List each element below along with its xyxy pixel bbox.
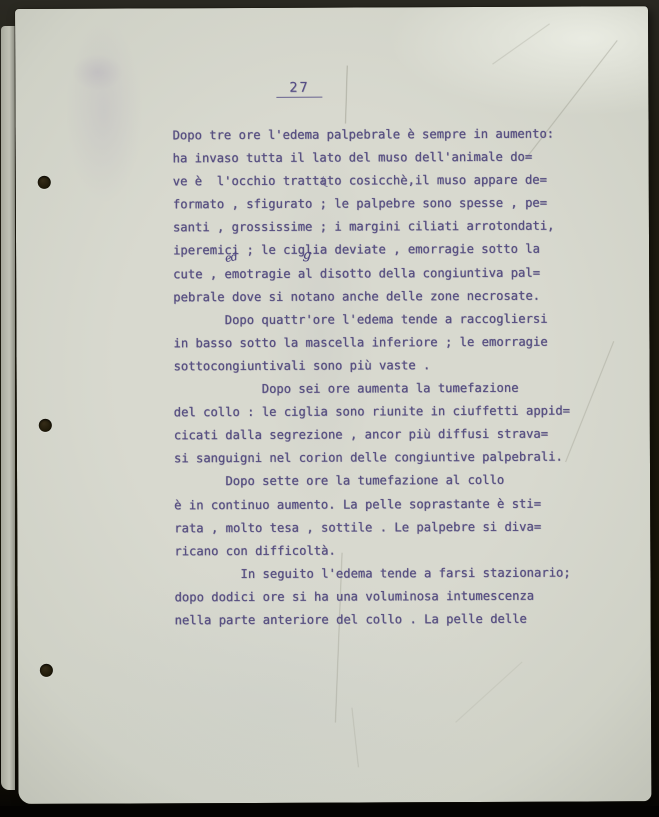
paper-crease xyxy=(492,23,550,65)
typed-line: rata , molto tesa , sottile . Le palpebr… xyxy=(174,515,570,540)
paper-crease xyxy=(565,341,615,462)
typed-line: Dopo sette ore la tumefazione al collo xyxy=(174,469,570,494)
punch-hole-middle xyxy=(39,419,52,432)
typed-line: ha invaso tutta il lato del muso dell'an… xyxy=(173,146,569,171)
punch-hole-bottom xyxy=(40,664,53,677)
typed-text-block: Dopo tre ore l'edema palpebrale è sempre… xyxy=(173,123,571,633)
typed-line: pebrale dove si notano anche delle zone … xyxy=(173,284,569,309)
punch-hole-top xyxy=(38,176,51,189)
document-page: 27 Dopo tre ore l'edema palpebrale è sem… xyxy=(15,6,651,804)
typed-line: è in continuo aumento. La pelle soprasta… xyxy=(174,492,570,517)
scanner-bed-edge xyxy=(0,806,659,817)
paper-crease xyxy=(455,661,523,723)
typed-line: si sanguigni nel corion delle congiuntiv… xyxy=(174,446,570,471)
typed-line: cicati dalla segrezione , ancor più diff… xyxy=(174,423,570,448)
typed-line: Dopo tre ore l'edema palpebrale è sempre… xyxy=(173,123,569,148)
typed-line: ve è l'occhio trattato cosicchè,il muso … xyxy=(173,169,569,194)
page-number: 27 xyxy=(276,80,322,98)
typed-line: In seguito l'edema tende a farsi stazion… xyxy=(174,561,570,586)
typed-line: Dopo sei ore aumenta la tumefazione xyxy=(174,377,570,402)
paper-crease xyxy=(344,66,347,124)
typed-line: in basso sotto la mascella inferiore ; l… xyxy=(173,330,569,355)
typed-line: sottocongiuntivali sono più vaste . xyxy=(174,354,570,379)
typed-line: santi , grossissime ; i margini ciliati … xyxy=(173,215,569,240)
typed-line: nella parte anteriore del collo . La pel… xyxy=(175,608,571,633)
underlying-page-edge xyxy=(1,26,15,790)
typed-line: dopo dodici ore si ha una voluminosa int… xyxy=(175,584,571,609)
paper-crease xyxy=(351,708,359,768)
typed-line: cute , emotragie al disotto della congiu… xyxy=(173,261,569,286)
typed-line: del collo : le ciglia sono riunite in ci… xyxy=(174,400,570,425)
typed-line: formato , sfigurato ; le palpebre sono s… xyxy=(173,192,569,217)
typed-line: ricano con difficoltà. xyxy=(174,538,570,563)
typed-line: Dopo quattr'ore l'edema tende a raccogli… xyxy=(173,307,569,332)
handwritten-letter-correction: g xyxy=(302,247,312,263)
handwritten-insertion: ed xyxy=(224,250,238,265)
